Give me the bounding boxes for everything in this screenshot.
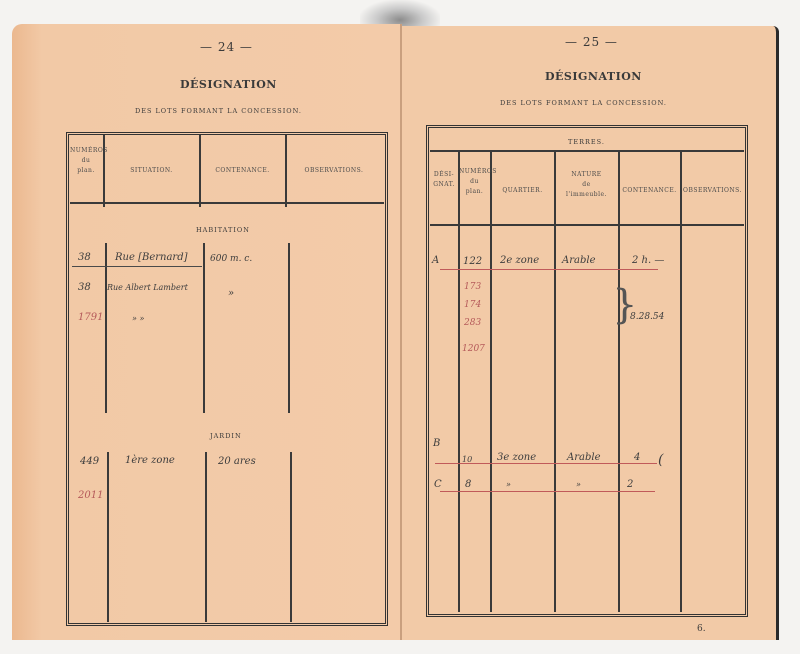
numero-cell: 174 bbox=[464, 300, 481, 310]
col-divider bbox=[554, 152, 556, 612]
nature-cell: » bbox=[576, 480, 581, 489]
designation-cell: B bbox=[433, 438, 440, 449]
left-page-title: DÉSIGNATION bbox=[180, 78, 277, 91]
contenance-cell: 2 h. — bbox=[632, 255, 664, 266]
col-header-nature: NATUREdel'immeuble. bbox=[555, 170, 618, 200]
col-header-quartier: QUARTIER. bbox=[491, 186, 554, 196]
quartier-cell: 2e zone bbox=[500, 255, 539, 266]
col-header-situation: SITUATION. bbox=[104, 166, 199, 176]
numero-cell: 283 bbox=[464, 318, 481, 328]
header-rule bbox=[430, 224, 744, 226]
bracket-note: 8.28.54 bbox=[630, 312, 664, 322]
contenance-cell: 600 m. c. bbox=[210, 254, 252, 264]
numero-cell: 173 bbox=[464, 282, 481, 292]
col-divider bbox=[107, 452, 109, 622]
col-header-contenance: CONTENANCE. bbox=[619, 186, 680, 196]
bracket-mark: ( bbox=[658, 452, 663, 468]
numero-cell: 1791 bbox=[78, 312, 103, 323]
col-header-numeros: NUMÉROSduplan. bbox=[459, 167, 490, 197]
col-header-observations: OBSERVATIONS. bbox=[286, 166, 382, 176]
numero-cell: 8 bbox=[465, 479, 471, 490]
group-rule bbox=[430, 150, 744, 152]
situation-cell: 1ère zone bbox=[125, 455, 175, 466]
numero-cell: 38 bbox=[78, 252, 91, 263]
numero-cell: 38 bbox=[78, 282, 91, 293]
col-divider bbox=[490, 152, 492, 612]
contenance-cell: 2 bbox=[627, 479, 633, 490]
designation-cell: C bbox=[434, 479, 442, 490]
numero-cell: 2011 bbox=[78, 490, 103, 501]
numero-cell: 1207 bbox=[462, 344, 485, 354]
right-page-number: — 25 — bbox=[565, 35, 618, 49]
contenance-cell: 20 ares bbox=[218, 456, 256, 467]
col-divider bbox=[205, 452, 207, 622]
contenance-cell: 4 bbox=[634, 452, 640, 463]
strikethrough bbox=[440, 269, 658, 270]
col-divider bbox=[458, 152, 460, 612]
section-jardin: JARDIN bbox=[210, 432, 242, 440]
situation-cell: » » bbox=[132, 314, 144, 323]
header-rule bbox=[70, 202, 384, 204]
footer-signature: 6. bbox=[697, 624, 706, 634]
left-table-frame bbox=[66, 132, 388, 626]
situation-cell: Rue [Bernard] bbox=[115, 252, 188, 263]
right-page-subtitle: DES LOTS FORMANT LA CONCESSION. bbox=[500, 99, 667, 107]
designation-cell: A bbox=[432, 255, 439, 266]
group-header-terres: TERRES. bbox=[568, 138, 605, 146]
numero-cell: 449 bbox=[80, 456, 99, 467]
numero-cell: 122 bbox=[463, 256, 482, 267]
col-divider bbox=[288, 243, 290, 413]
left-page-subtitle: DES LOTS FORMANT LA CONCESSION. bbox=[135, 107, 302, 115]
col-header-observations: OBSERVATIONS. bbox=[681, 186, 744, 196]
left-page-number: — 24 — bbox=[200, 40, 253, 54]
strikethrough bbox=[72, 266, 202, 267]
col-divider bbox=[680, 152, 682, 612]
quartier-cell: » bbox=[506, 480, 511, 489]
col-divider bbox=[203, 243, 205, 413]
col-divider bbox=[290, 452, 292, 622]
contenance-cell: » bbox=[228, 288, 234, 299]
section-habitation: HABITATION bbox=[196, 226, 250, 234]
strikethrough bbox=[435, 463, 657, 464]
right-page-title: DÉSIGNATION bbox=[545, 70, 642, 83]
col-header-numeros: NUMÉROSduplan. bbox=[70, 146, 102, 176]
situation-cell: Rue Albert Lambert bbox=[107, 283, 188, 292]
nature-cell: Arable bbox=[562, 255, 595, 266]
col-divider bbox=[618, 152, 620, 612]
col-header-designation: DÉSI-GNAT. bbox=[430, 170, 458, 190]
col-header-contenance: CONTENANCE. bbox=[200, 166, 285, 176]
strikethrough bbox=[440, 491, 655, 492]
quartier-cell: 3e zone bbox=[497, 452, 536, 463]
nature-cell: Arable bbox=[567, 452, 600, 463]
col-divider bbox=[105, 243, 107, 413]
